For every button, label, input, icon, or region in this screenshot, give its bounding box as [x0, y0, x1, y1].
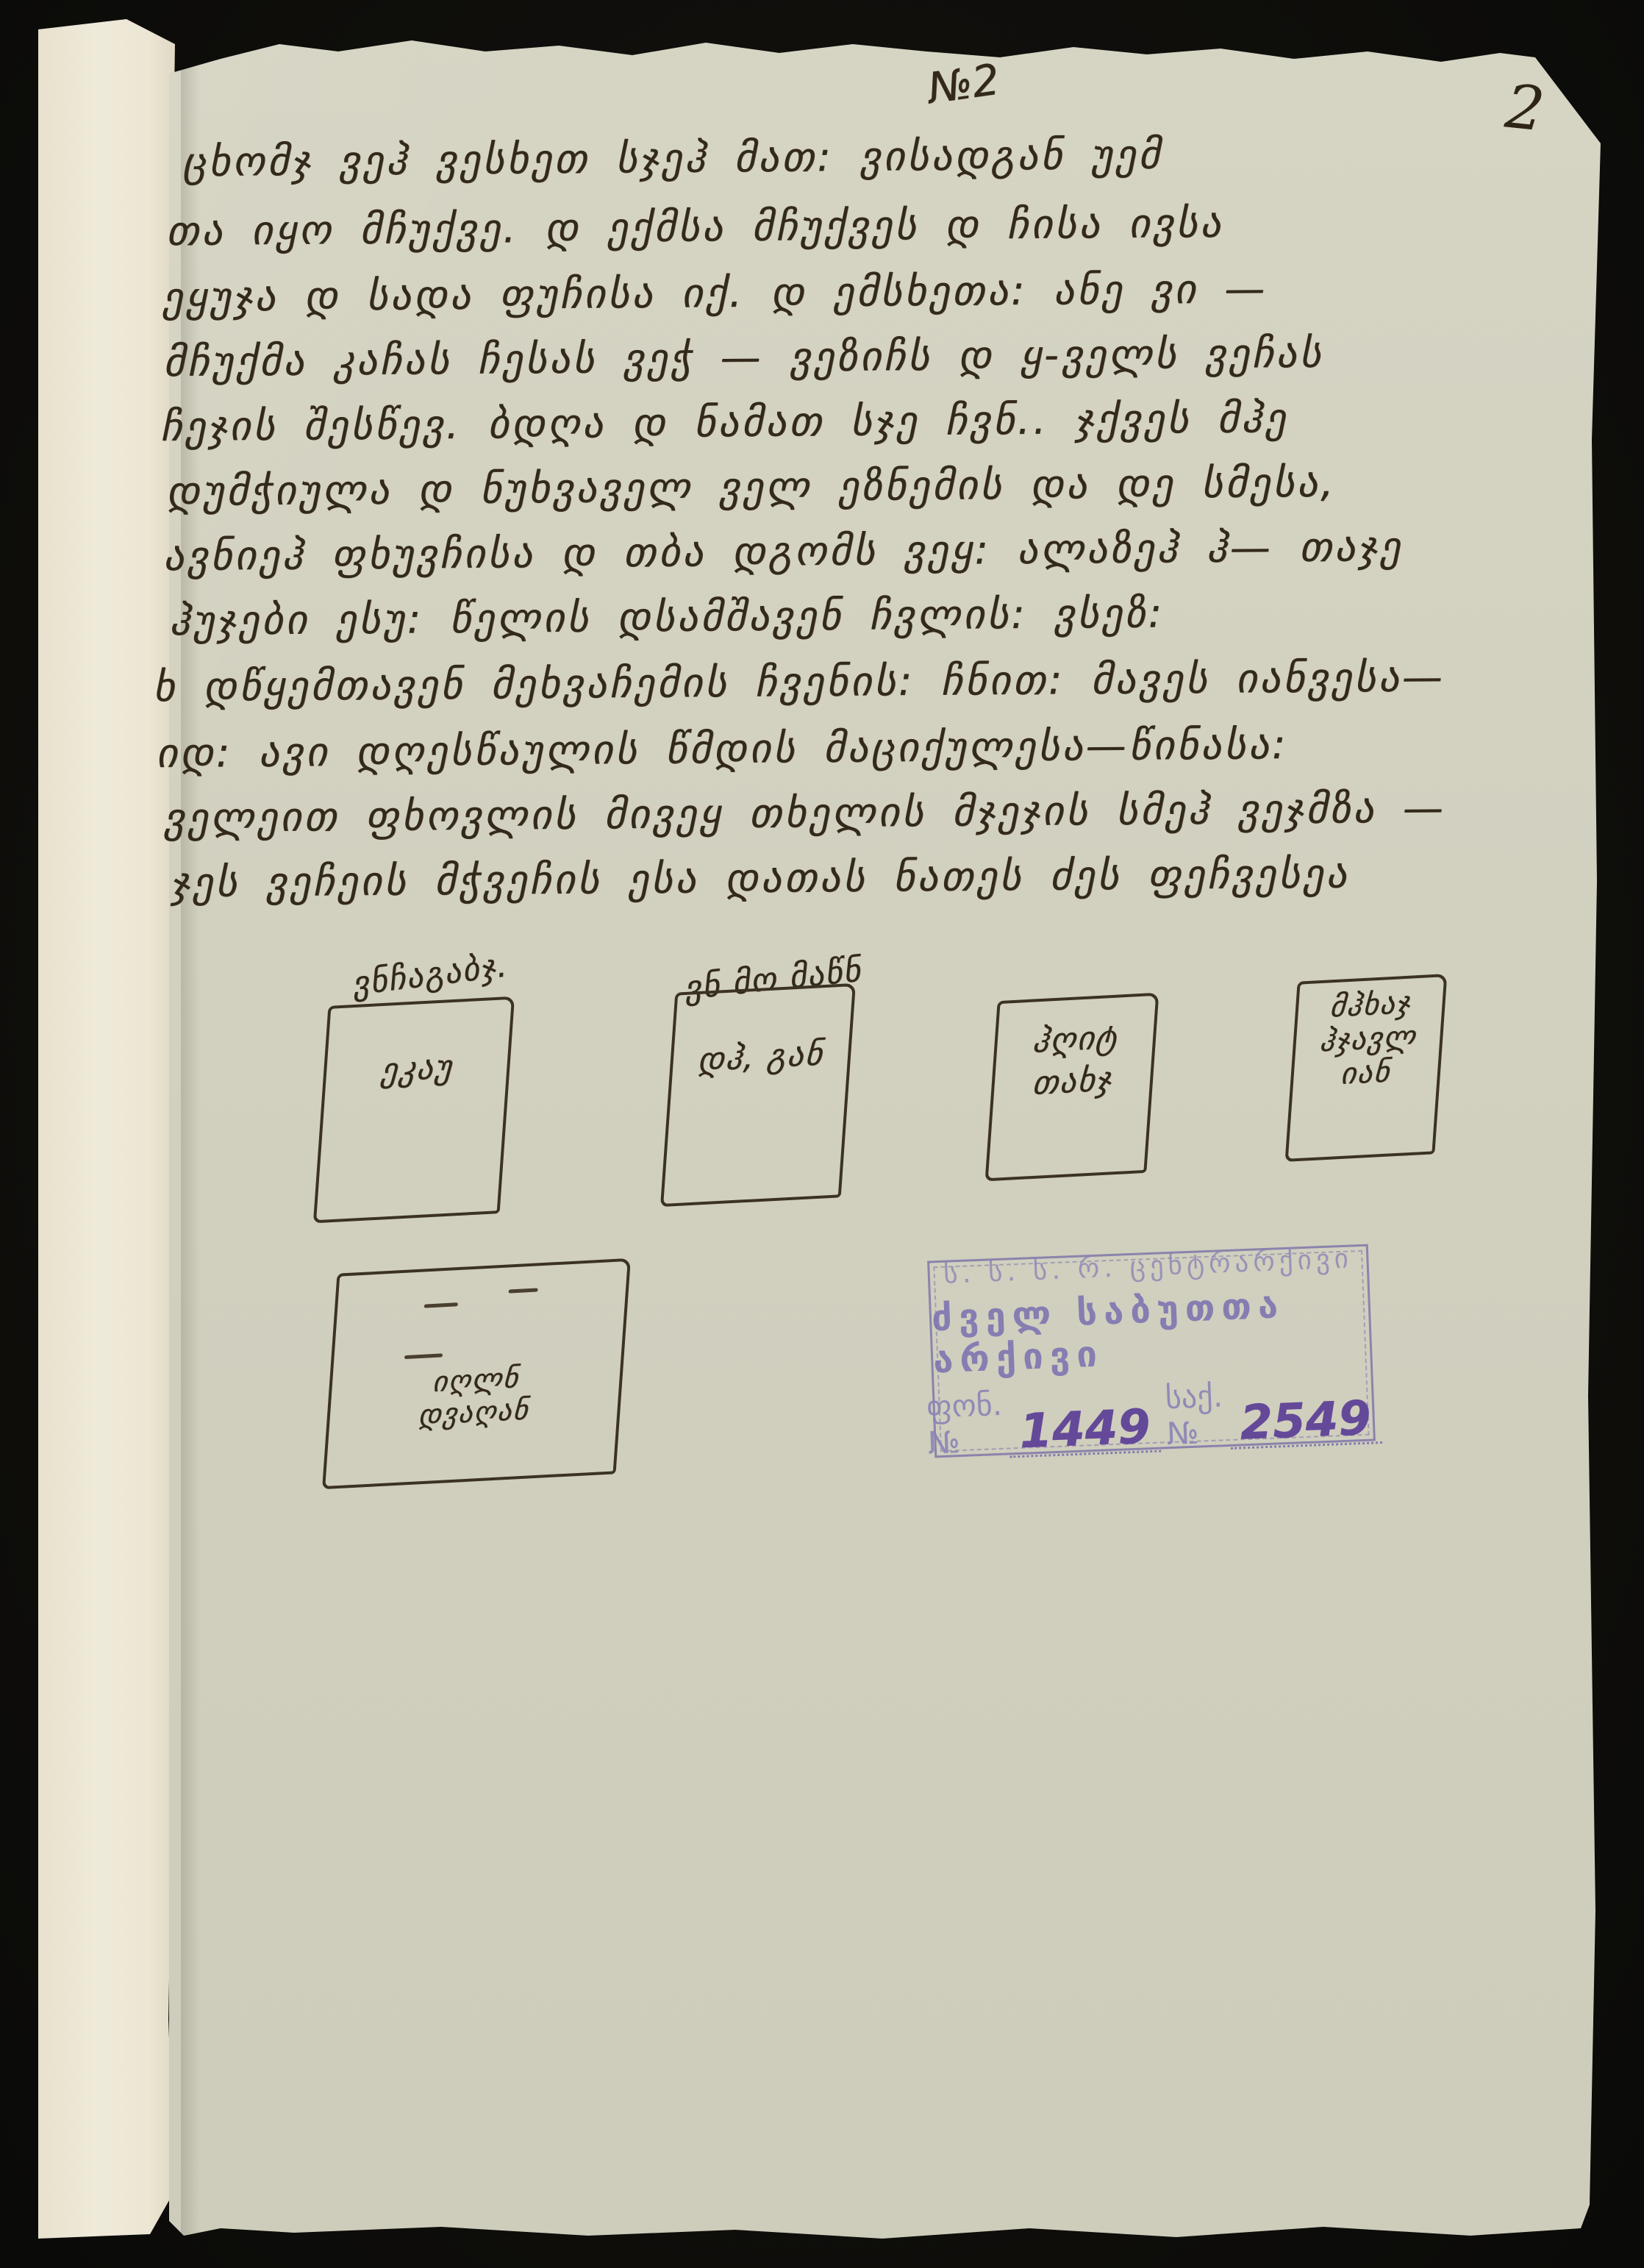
- case-number: 2549: [1229, 1397, 1382, 1449]
- blank-dash: [508, 1288, 537, 1293]
- archive-stamp: ს. ს. ს. რ. ცენტრარქივი ძველ საბუთთა არქ…: [927, 1244, 1376, 1458]
- parcel-sketch-3: ჰღიტ თახჯ: [985, 993, 1159, 1182]
- sketch4-line2: ჰჯავლ: [1318, 1019, 1418, 1058]
- sketch5-line1: იღლნ: [432, 1361, 521, 1398]
- parcel-sketch-5: იღლნ დვაღან: [322, 1258, 631, 1489]
- sketch4-line3: იან: [1340, 1055, 1392, 1091]
- parcel-sketch-4: მჰხაჯ ჰჯავლ იან: [1285, 974, 1448, 1162]
- manuscript-line: იდ: ავი დღესწაულის წმდის მაციქულესა—წინა…: [156, 721, 1289, 777]
- sketch3-line2: თახჯ: [1032, 1060, 1114, 1102]
- sketch1-inner-text: ეკაუ: [379, 1048, 454, 1089]
- manuscript-line: ჰუჯები ესუ: წელის დსამშავენ ჩვლის: ვსეზ:: [169, 589, 1165, 644]
- sketch5-line2: დვაღან: [417, 1393, 530, 1431]
- content-layer: №2 2 ცხომჯ ვეჰ ვესხეთ სჯეჰ მათ: ვისადგან…: [0, 0, 1644, 2268]
- scan-backdrop: №2 2 ცხომჯ ვეჰ ვესხეთ სჯეჰ მათ: ვისადგან…: [0, 0, 1644, 2268]
- manuscript-line: ცხომჯ ვეჰ ვესხეთ სჯეჰ მათ: ვისადგან უემ: [182, 131, 1162, 185]
- manuscript-line: მჩუქმა კაჩას ჩესას ვეჭ — ვეზიჩს დ ყ-ველს…: [163, 329, 1323, 385]
- manuscript-line: ეყუჯა დ სადა ფუჩისა იქ. დ ემსხეთა: ანე ვ…: [162, 265, 1268, 321]
- header-number: №2: [925, 54, 1003, 114]
- sketch4-line1: მჰხაჯ: [1329, 986, 1412, 1024]
- manuscript-line: ავნიეჰ ფხუვჩისა დ თბა დგომს ვეყ: ალაზეჰ …: [163, 523, 1403, 580]
- blank-dash: [404, 1353, 443, 1359]
- sketch3-line1: ჰღიტ: [1032, 1018, 1120, 1060]
- folio-number: 2: [1502, 72, 1548, 146]
- manuscript-line: ხ დწყემთავენ მეხვაჩემის ჩვენის: ჩნით: მა…: [153, 653, 1445, 710]
- sketch1-top-label: ვნჩაგაბჯ.: [350, 946, 510, 1003]
- case-label: საქ. №: [1165, 1377, 1225, 1452]
- parcel-sketch-1: ეკაუ: [313, 996, 515, 1224]
- blank-dash: [424, 1302, 458, 1308]
- parcel-sketch-2: დჰ, გან: [660, 983, 856, 1207]
- fond-label: ფონ. №: [926, 1386, 1004, 1461]
- manuscript-line: თა იყო მჩუქვე. დ ექმსა მჩუქვეს დ ჩისა ივ…: [166, 199, 1223, 254]
- manuscript-line: ველეით ფხოვლის მივეყ თხელის მჯეჯის სმეჰ …: [163, 784, 1446, 841]
- fond-number: 1449: [1008, 1406, 1161, 1458]
- manuscript-line: ჯეს ვეჩეის მჭვეჩის ესა დათას ნათეს ძეს ფ…: [171, 849, 1350, 906]
- manuscript-line: დუმჭიულა დ ნუხვაველ ველ ეზნემის და დე სმ…: [166, 459, 1337, 515]
- manuscript-line: ჩეჯის შესწევ. ბდღა დ ნამათ სჯე ჩვნ.. ჯქვ…: [160, 394, 1288, 450]
- sketch2-inner-text: დჰ, გან: [696, 1035, 825, 1079]
